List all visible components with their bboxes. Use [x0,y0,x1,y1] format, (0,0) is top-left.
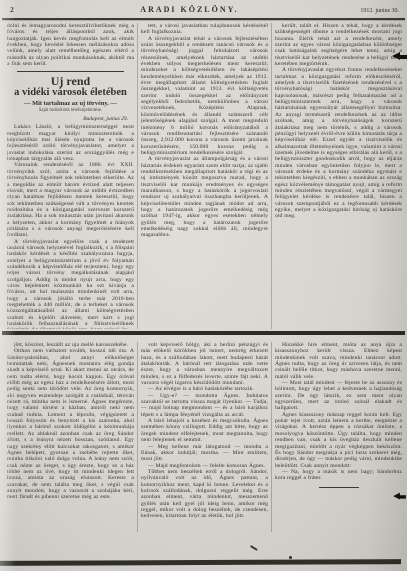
paragraph: került, talált el. Hiszen a tehát, hogy … [275,23,402,67]
masthead-title: ARADI KÖZLÖNY. [70,5,309,14]
continuation-text: dolni és lemagyarosodni keresztülvihetők… [7,23,134,67]
paragraph: — Majd megfontolom — felelte komoran Ágn… [141,463,268,469]
article-byline: Saját tudósítónk telefonjelentése. [7,108,134,114]
paragraph: — Na, hogy a másik is nem hagy; Sándorho… [275,469,402,482]
paragraph: A törvényjavaslat egyelőre csak a rendez… [7,239,134,329]
paragraph: Ágnes kisasszony másnap reggel korán kel… [275,412,402,469]
page-number: 2 [10,5,70,14]
paragraph: volt képviselő hölgy, aki a berlini pénz… [141,342,268,386]
upper-column-1: dolni és lemagyarosodni keresztülvihetők… [7,23,134,329]
paragraph: — Ugy-e? — mondotta Ágnes. Indulatos sza… [141,393,268,418]
paragraph: — Most talál mindent — fejezte be az ass… [275,380,402,412]
lower-section: jött, köszönt, leszállt az uja mellé kar… [7,342,403,532]
article-divider-rule [17,71,124,72]
upper-column-2: tett, a városi javaslatban tulajdonosok … [141,23,268,329]
lower-column-3: Hiszekké híre elment, mióta az anya újra… [275,342,402,532]
upper-column-3: került, talált el. Hiszen a tehát, hogy … [275,23,402,329]
page-header: 2 ARADI KÖZLÖNY. 1912. junius 30. [10,5,399,14]
article-dateline: Budapest, junius 29. [7,116,134,123]
article-subtitle: — Mit tartalmaz az uj törvény. — [7,100,134,108]
paragraph: — Az elvégre is a báró hatáskörébe tarto… [141,386,268,392]
paragraph: Többet nem beszéltek erről a dologról. S… [141,469,268,520]
column-rule [271,342,272,532]
paragraph: Városaink rendezéséről az 1886. évi XXII… [7,162,134,238]
paragraph: A törvényjavaslat tehát a városok fejles… [141,36,268,157]
feuilleton-text: Hiszekké híre elment, mióta az anya újra… [275,342,402,482]
ink-speck [289,556,292,559]
paragraph: tett, a városi javaslatban tulajdonosok … [141,23,268,36]
newspaper-page: 2 ARADI KÖZLÖNY. 1912. junius 30. dolni … [0,0,407,571]
paragraph: Lukács László, a belügyminiszterséggel m… [7,124,134,162]
article-headline-line2: a vidéki városok életében [7,87,134,98]
article-end-rule [319,487,359,488]
column-rule [137,342,138,532]
section-divider-rule [2,331,405,335]
ink-speck [250,545,258,551]
article-headline-line1: Uj rend [7,75,134,87]
header-rule [2,18,405,20]
column-rule [137,23,138,329]
issue-date: 1912. junius 30. [309,8,399,14]
paragraph: dolni és lemagyarosodni keresztülvihetők… [7,23,134,67]
paragraph: A törvényjavaslat egyrészt fontos rendel… [275,67,402,219]
paragraph: A báró lehajolt a kezéhez és megcsókolta… [141,418,268,443]
article-body: Lukács László, a belügyminiszterséggel m… [7,124,134,329]
arrow-tail [399,55,407,59]
paragraph: — Meg kellene már látogatnod — mondta a … [141,444,268,463]
margin-arrow-icon [393,493,406,501]
page-bottom-rule [0,559,401,566]
paragraph: Otthon nem várhatott tovább, hosszú idő … [7,348,134,500]
paragraph: Hiszekké híre elment, mióta az anya újra… [275,342,402,380]
lower-column-2: volt képviselő hölgy, aki a berlini pénz… [141,342,268,532]
arrow-tail [399,495,406,498]
upper-section: dolni és lemagyarosodni keresztülvihetők… [7,23,403,329]
margin-arrow-icon [392,52,407,61]
paragraph: A törvényjavaslat az állampolgárság és a… [141,156,268,238]
column-rule [271,23,272,329]
lower-column-1: jött, köszönt, leszállt az uja mellé kar… [7,342,134,532]
